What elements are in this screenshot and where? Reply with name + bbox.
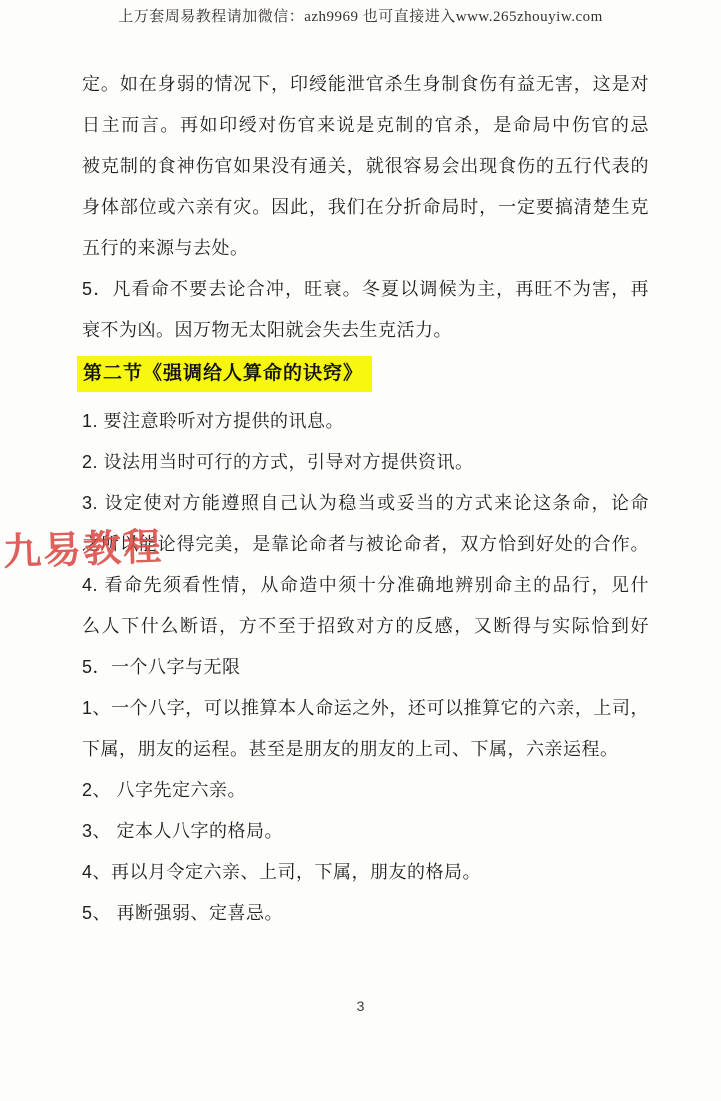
list-item-line: 下属，朋友的运程。甚至是朋友的朋友的上司、下属，六亲运程。 [82, 729, 649, 770]
list-item-line: 3. 设定使对方能遵照自己认为稳当或妥当的方式来论这条命，论命 [82, 483, 649, 524]
list-item-line: 么人下什么断语，方不至于招致对方的反感，又断得与实际恰到好处。 [82, 606, 649, 647]
paragraph-line: 被克制的食神伤官如果没有通关，就很容易会出现食伤的五行代表的 [82, 146, 649, 187]
list-item-line: 1、一个八字，可以推算本人命运之外，还可以推算它的六亲，上司， [82, 688, 649, 729]
page-number: 3 [0, 998, 721, 1014]
list-item-line: 1. 要注意聆听对方提供的讯息。 [82, 401, 649, 442]
paragraph-line: 身体部位或六亲有灾。因此，我们在分折命局时，一定要搞清楚生克 [82, 187, 649, 228]
section-heading: 第二节《强调给人算命的诀窍》 [77, 356, 372, 392]
list-item-line: 之所以能论得完美，是靠论命者与被论命者，双方恰到好处的合作。 [82, 524, 649, 565]
list-item-line: 4、再以月令定六亲、上司，下属，朋友的格局。 [82, 852, 649, 893]
paragraph-line: 5．凡看命不要去论合冲，旺衰。冬夏以调候为主，再旺不为害，再 [82, 269, 649, 310]
section-heading-row: 第二节《强调给人算命的诀窍》 [77, 354, 649, 394]
paragraph-line: 衰不为凶。因万物无太阳就会失去生克活力。 [82, 310, 649, 351]
paragraph-line: 日主而言。再如印绶对伤官来说是克制的官杀，是命局中伤官的忌神， [82, 105, 649, 146]
list-item-line: 5、 再断强弱、定喜忌。 [82, 893, 649, 934]
list-item-line: 4. 看命先须看性情，从命造中须十分准确地辨别命主的品行，见什 [82, 565, 649, 606]
list-item-line: 5．一个八字与无限 [82, 647, 649, 688]
list-item-line: 2、 八字先定六亲。 [82, 770, 649, 811]
paragraph-line: 五行的来源与去处。 [82, 228, 649, 269]
page-content: 定。如在身弱的情况下，印绶能泄官杀生身制食伤有益无害，这是对 日主而言。再如印绶… [82, 64, 649, 934]
list-item-line: 3、 定本人八字的格局。 [82, 811, 649, 852]
list-item-line: 2. 设法用当时可行的方式，引导对方提供资讯。 [82, 442, 649, 483]
paragraph-line: 定。如在身弱的情况下，印绶能泄官杀生身制食伤有益无害，这是对 [82, 64, 649, 105]
header-banner-text: 上万套周易教程请加微信：azh9969 也可直接进入www.265zhouyiw… [118, 5, 603, 26]
document-page: 上万套周易教程请加微信：azh9969 也可直接进入www.265zhouyiw… [0, 0, 721, 1101]
header-banner: 上万套周易教程请加微信：azh9969 也可直接进入www.265zhouyiw… [0, 0, 721, 30]
